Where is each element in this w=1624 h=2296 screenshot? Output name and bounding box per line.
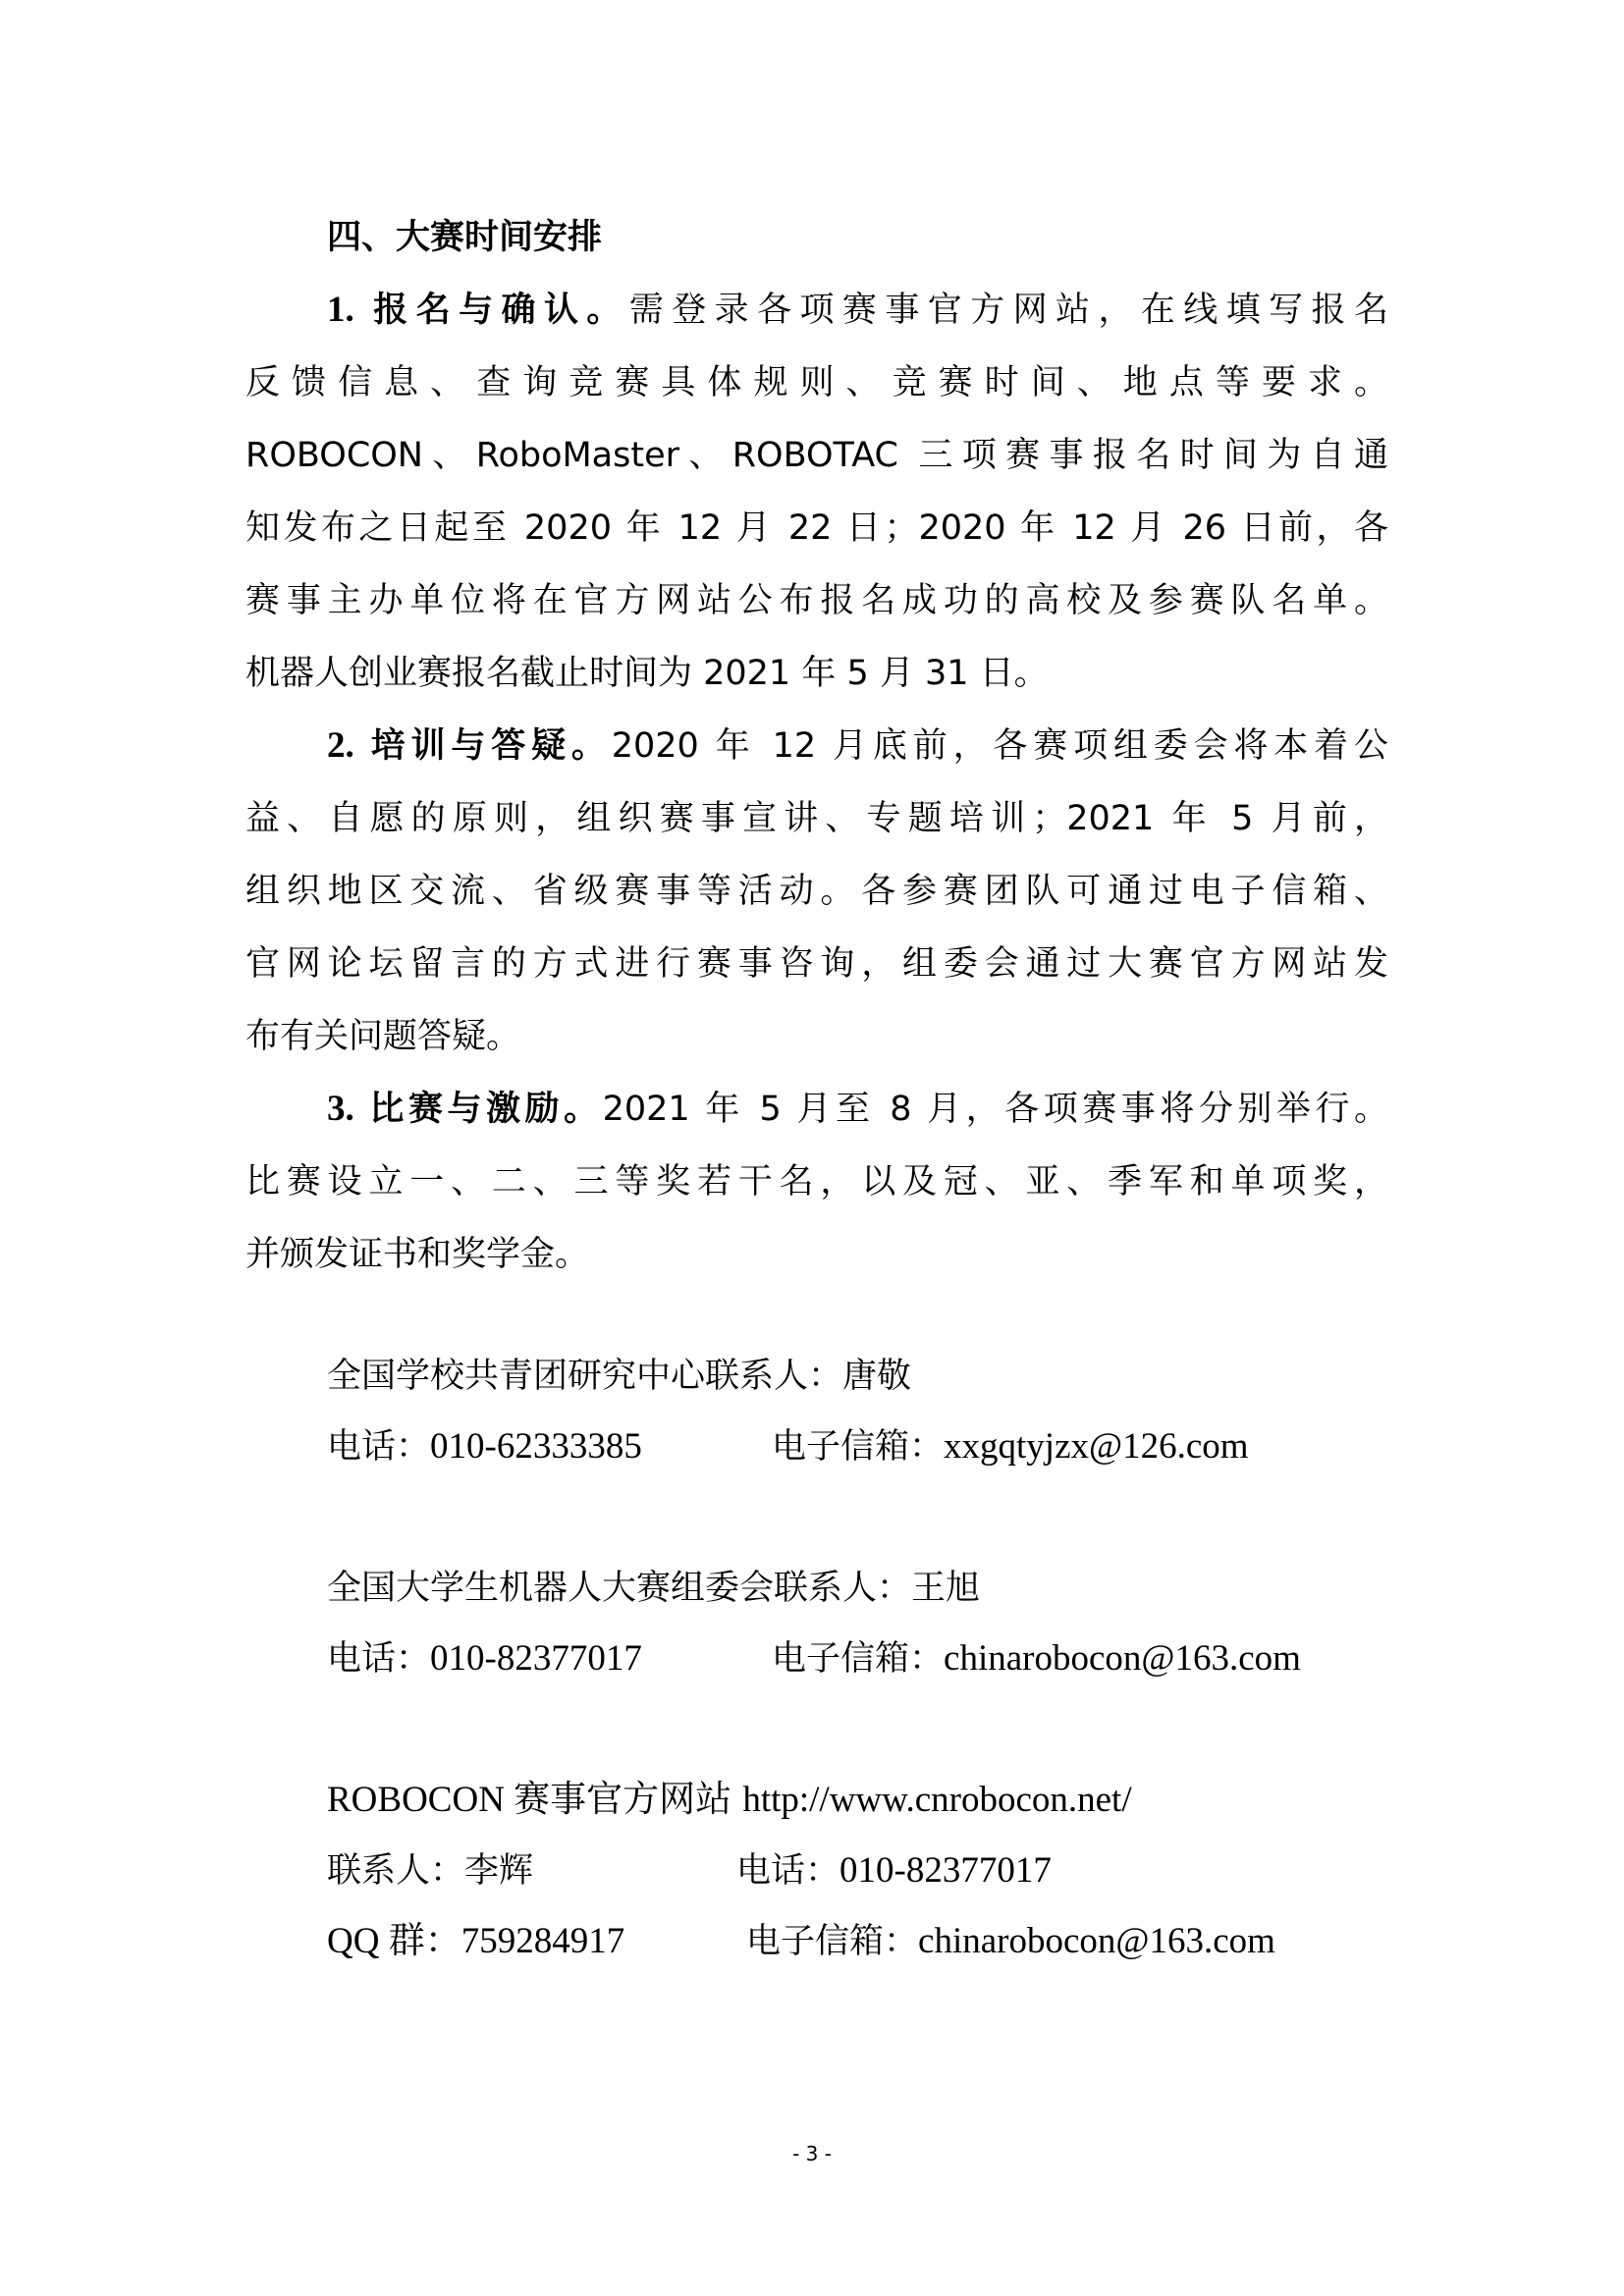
item-3-line-1: 3. 比赛与激励。2021 年 5 月至 8 月，各项赛事将分别举行。 — [327, 1088, 1388, 1131]
robocon-site: ROBOCON 赛事官方网站 http://www.cnrobocon.net/ — [327, 1779, 1132, 1822]
item-2-number: 2. — [327, 725, 354, 766]
item-2-line-5: 布有关问题答疑。 — [245, 1015, 1388, 1058]
item-2-line-3: 组织地区交流、省级赛事等活动。各参赛团队可通过电子信箱、 — [245, 870, 1388, 913]
section-heading: 四、大赛时间安排 — [327, 216, 1388, 259]
email-link[interactable]: xxgqtyjzx@126.com — [944, 1426, 1249, 1467]
item-1-line-3: ROBOCON、RoboMaster、ROBOTAC 三项赛事报名时间为自通 — [245, 434, 1388, 477]
item-2-line-1: 2. 培训与答疑。2020 年 12 月底前，各赛项组委会将本着公 — [327, 724, 1388, 768]
item-1-line-5: 赛事主办单位将在官方网站公布报名成功的高校及参赛队名单。 — [245, 579, 1388, 622]
email-link[interactable]: chinarobocon@163.com — [944, 1638, 1301, 1679]
contact-2-email: 电子信箱：chinarobocon@163.com — [772, 1637, 1301, 1681]
robocon-contact: 联系人：李辉 — [327, 1849, 533, 1893]
contact-2-phone: 电话：010-82377017 — [327, 1637, 642, 1681]
robocon-email: 电子信箱：chinarobocon@163.com — [746, 1920, 1275, 1963]
item-1-line-2: 反馈信息、查询竞赛具体规则、竞赛时间、地点等要求。 — [245, 361, 1388, 404]
item-2-line-2: 益、自愿的原则，组织赛事宣讲、专题培训；2021 年 5 月前， — [245, 797, 1388, 840]
email-link[interactable]: chinarobocon@163.com — [918, 1921, 1275, 1961]
item-3-line-3: 并颁发证书和奖学金。 — [245, 1233, 1388, 1276]
item-1-line-1: 1. 报名与确认。需登录各项赛事官方网站，在线填写报名 — [327, 289, 1388, 332]
contact-1-phone: 电话：010-62333385 — [327, 1425, 642, 1468]
item-1-line-4: 知发布之日起至 2020 年 12 月 22 日；2020 年 12 月 26 … — [245, 507, 1388, 550]
item-3-line-2: 比赛设立一、二、三等奖若干名，以及冠、亚、季军和单项奖， — [245, 1160, 1388, 1203]
item-1-line-6: 机器人创业赛报名截止时间为 2021 年 5 月 31 日。 — [245, 652, 1388, 695]
contact-2-org: 全国大学生机器人大赛组委会联系人：王旭 — [327, 1567, 980, 1610]
item-1-number: 1. — [327, 290, 354, 330]
item-2-title: 培训与答疑。 — [371, 726, 612, 766]
item-1-title: 报名与确认。 — [373, 291, 629, 330]
page-number: - 3 - — [0, 2142, 1624, 2165]
item-3-number: 3. — [327, 1089, 354, 1129]
item-3-title: 比赛与激励。 — [369, 1090, 602, 1129]
contact-1-org: 全国学校共青团研究中心联系人：唐敬 — [327, 1355, 911, 1398]
robocon-phone: 电话：010-82377017 — [736, 1849, 1052, 1893]
robocon-qq: QQ 群：759284917 — [327, 1920, 624, 1963]
site-link[interactable]: http://www.cnrobocon.net/ — [742, 1780, 1131, 1820]
contact-1-email: 电子信箱：xxgqtyjzx@126.com — [772, 1425, 1249, 1468]
item-2-line-4: 官网论坛留言的方式进行赛事咨询，组委会通过大赛官方网站发 — [245, 942, 1388, 986]
